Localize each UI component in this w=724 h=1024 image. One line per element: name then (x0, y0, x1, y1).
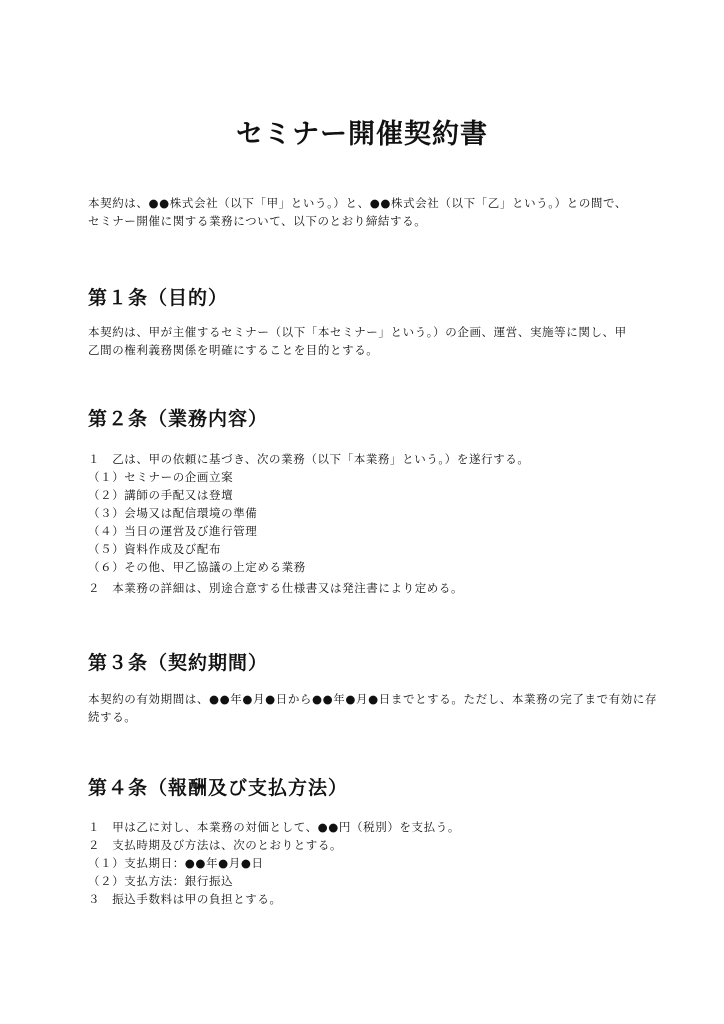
article-2-item-5: （５）資料作成及び配布 (88, 540, 530, 558)
article-4-item-2: （２）支払方法：銀行振込 (88, 872, 460, 890)
article-2-clause-1: １ 乙は、甲の依頼に基づき、次の業務（以下「本業務」という。）を遂行する。 (88, 450, 530, 468)
document-page: セミナー開催契約書 本契約は、●●株式会社（以下「甲」という。）と、●●株式会社… (0, 0, 724, 1024)
article-4-clause-3: ３ 振込手数料は甲の負担とする。 (88, 890, 460, 908)
article-2-body: １ 乙は、甲の依頼に基づき、次の業務（以下「本業務」という。）を遂行する。 （１… (88, 450, 530, 576)
article-3-body: 本契約の有効期間は、●●年●月●日から●●年●月●日までとする。ただし、本業務の… (88, 690, 648, 726)
article-2-clause-2: ２ 本業務の詳細は、別途合意する仕様書又は発注書により定める。 (88, 579, 463, 597)
preamble: 本契約は、●●株式会社（以下「甲」という。）と、●●株式会社（以下「乙」という。… (88, 194, 648, 230)
article-1-line: 乙間の権利義務関係を明確にすることを目的とする。 (88, 341, 648, 359)
article-1-line: 本契約は、甲が主催するセミナー（以下「本セミナー」という。）の企画、運営、実施等… (88, 323, 648, 341)
preamble-line: 本契約は、●●株式会社（以下「甲」という。）と、●●株式会社（以下「乙」という。… (88, 194, 648, 212)
article-4-clause-1: １ 甲は乙に対し、本業務の対価として、●●円（税別）を支払う。 (88, 818, 460, 836)
article-4-clause-2: ２ 支払時期及び方法は、次のとおりとする。 (88, 836, 460, 854)
document-title: セミナー開催契約書 (0, 118, 724, 152)
article-4-item-1: （１）支払期日：●●年●月●日 (88, 854, 460, 872)
article-1-heading: 第１条（目的） (88, 285, 228, 311)
preamble-line: セミナー開催に関する業務について、以下のとおり締結する。 (88, 212, 648, 230)
article-2-item-3: （３）会場又は配信環境の準備 (88, 504, 530, 522)
article-4-body: １ 甲は乙に対し、本業務の対価として、●●円（税別）を支払う。 ２ 支払時期及び… (88, 818, 460, 908)
article-2-item-4: （４）当日の運営及び進行管理 (88, 522, 530, 540)
article-4-heading: 第４条（報酬及び支払方法） (88, 775, 348, 801)
article-2-heading: 第２条（業務内容） (88, 406, 268, 432)
article-2-item-1: （１）セミナーの企画立案 (88, 468, 530, 486)
article-3-line: 続する。 (88, 708, 648, 726)
article-2-clause-2-block: ２ 本業務の詳細は、別途合意する仕様書又は発注書により定める。 (88, 579, 463, 597)
article-2-item-6: （６）その他、甲乙協議の上定める業務 (88, 558, 530, 576)
article-2-item-2: （２）講師の手配又は登壇 (88, 486, 530, 504)
article-1-body: 本契約は、甲が主催するセミナー（以下「本セミナー」という。）の企画、運営、実施等… (88, 323, 648, 359)
article-3-line: 本契約の有効期間は、●●年●月●日から●●年●月●日までとする。ただし、本業務の… (88, 690, 648, 708)
article-3-heading: 第３条（契約期間） (88, 650, 268, 676)
